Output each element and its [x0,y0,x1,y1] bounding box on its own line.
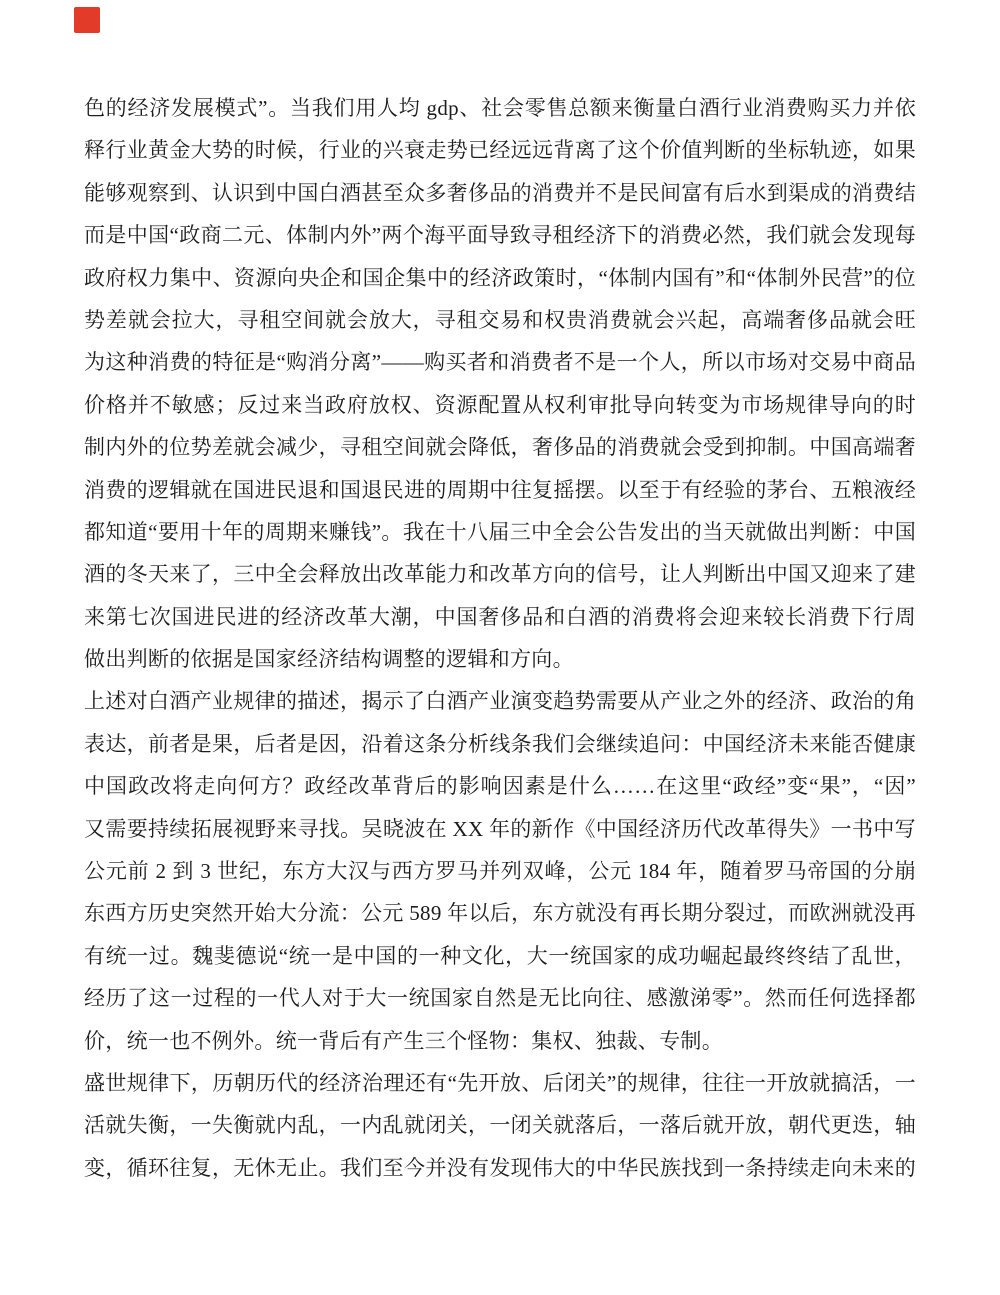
text-line: 又需要持续拓展视野来寻找。吴晓波在 XX 年的新作《中国经济历代改革得失》一书中… [84,808,916,850]
red-square-icon [74,7,100,33]
text-line: 做出判断的依据是国家经济结构调整的逻辑和方向。 [84,638,916,680]
text-line: 价，统一也不例外。统一背后有产生三个怪物：集权、独裁、专制。 [84,1020,916,1062]
text-line: 来第七次国进民进的经济改革大潮，中国奢侈品和白酒的消费将会迎来较长消费下行周期。… [84,596,916,638]
text-line: 色的经济发展模式”。当我们用人均 gdp、社会零售总额来衡量白酒行业消费购买力并… [84,87,916,129]
text-line: 中国政改将走向何方？政经改革背后的影响因素是什么……在这里“政经”变“果”，“因… [84,765,916,807]
text-line: 制内外的位势差就会减少，寻租空间就会降低，奢侈品的消费就会受到抑制。中国高端奢侈… [84,426,916,468]
text-line: 消费的逻辑就在国进民退和国退民进的周期中往复摇摆。以至于有经验的茅台、五粮液经销… [84,469,916,511]
text-line: 盛世规律下，历朝历代的经济治理还有“先开放、后闭关”的规律，往往一开放就搞活，一… [84,1062,916,1104]
text-line: 能够观察到、认识到中国白酒甚至众多奢侈品的消费并不是民间富有后水到渠成的消费结果… [84,172,916,214]
text-line: 政府权力集中、资源向央企和国企集中的经济政策时，“体制内国有”和“体制外民营”的… [84,257,916,299]
text-line: 酒的冬天来了，三中全会释放出改革能力和改革方向的信号，让人判断出中国又迎来了建国… [84,553,916,595]
text-line: 势差就会拉大，寻租空间就会放大，寻租交易和权贵消费就会兴起，高端奢侈品就会旺销，… [84,299,916,341]
text-line: 上述对白酒产业规律的描述，揭示了白酒产业演变趋势需要从产业之外的经济、政治的角度… [84,680,916,722]
text-line: 东西方历史突然开始大分流：公元 589 年以后，东方就没有再长期分裂过，而欧洲就… [84,892,916,934]
document-text: 色的经济发展模式”。当我们用人均 gdp、社会零售总额来衡量白酒行业消费购买力并… [84,87,916,1189]
text-line: 释行业黄金大势的时候，行业的兴衰走势已经远远背离了这个价值判断的坐标轨迹，如果我… [84,129,916,171]
text-line: 为这种消费的特征是“购消分离”——购买者和消费者不是一个人，所以市场对交易中商品… [84,341,916,383]
text-line: 公元前 2 到 3 世纪，东方大汉与西方罗马并列双峰，公元 184 年，随着罗马… [84,850,916,892]
text-line: 变，循环往复，无休无止。我们至今并没有发现伟大的中华民族找到一条持续走向未来的明… [84,1147,916,1189]
text-line: 经历了这一过程的一代人对于大一统国家自然是无比向往、感激涕零”。然而任何选择都有… [84,977,916,1019]
text-line: 都知道“要用十年的周期来赚钱”。我在十八届三中全会公告发出的当天就做出判断：中国… [84,511,916,553]
text-line: 活就失衡，一失衡就内乱，一内乱就闭关，一闭关就落后，一落后就开放，朝代更迭，轴心… [84,1104,916,1146]
text-line: 表达，前者是果，后者是因，沿着这条分析线条我们会继续追问：中国经济未来能否健康增… [84,723,916,765]
document-page: 色的经济发展模式”。当我们用人均 gdp、社会零售总额来衡量白酒行业消费购买力并… [0,0,1000,1295]
text-line: 而是中国“政商二元、体制内外”两个海平面导致寻租经济下的消费必然，我们就会发现每… [84,214,916,256]
text-line: 价格并不敏感；反过来当政府放权、资源配置从权利审批导向转变为市场规律导向的时候，… [84,384,916,426]
text-line: 有统一过。魏斐德说“统一是中国的一种文化，大一统国家的成功崛起最终终结了乱世，亲… [84,935,916,977]
